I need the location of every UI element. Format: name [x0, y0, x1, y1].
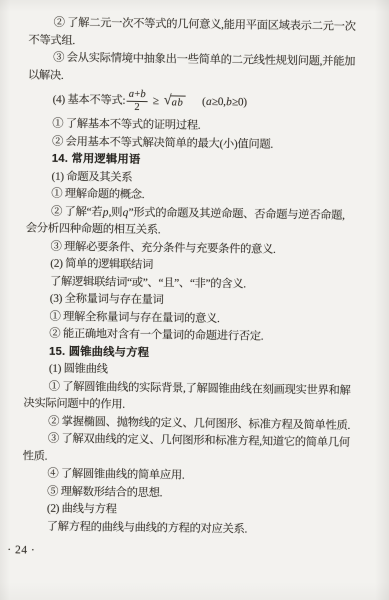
page-number: · 24 ·: [7, 542, 365, 563]
fraction-numerator: a+b: [126, 89, 148, 102]
document-text-block: ② 了解二元一次不等式的几何意义,能用平面区域表示二元一次不等式组.③ 会从实际…: [0, 0, 389, 563]
radicand: ab: [170, 95, 186, 109]
fraction: a+b2: [126, 89, 148, 114]
text-line: 了解方程的曲线与曲线的方程的对应关系.: [22, 518, 366, 540]
formula-line: (4) 基本不等式:a+b2≥√ab(a≥0,b≥0): [27, 86, 371, 118]
document-lines: ② 了解二元一次不等式的几何意义,能用平面区域表示二元一次不等式组.③ 会从实际…: [22, 14, 373, 540]
sqrt-expression: √ab: [164, 94, 187, 109]
formula-prefix: (4) 基本不等式:: [52, 91, 125, 110]
relation-symbol: ≥: [153, 93, 159, 111]
formula-condition: (a≥0,b≥0): [202, 94, 247, 112]
scanned-document-page: ② 了解二元一次不等式的几何意义,能用平面区域表示二元一次不等式组.③ 会从实际…: [0, 0, 389, 600]
fraction-denominator: 2: [126, 102, 148, 114]
